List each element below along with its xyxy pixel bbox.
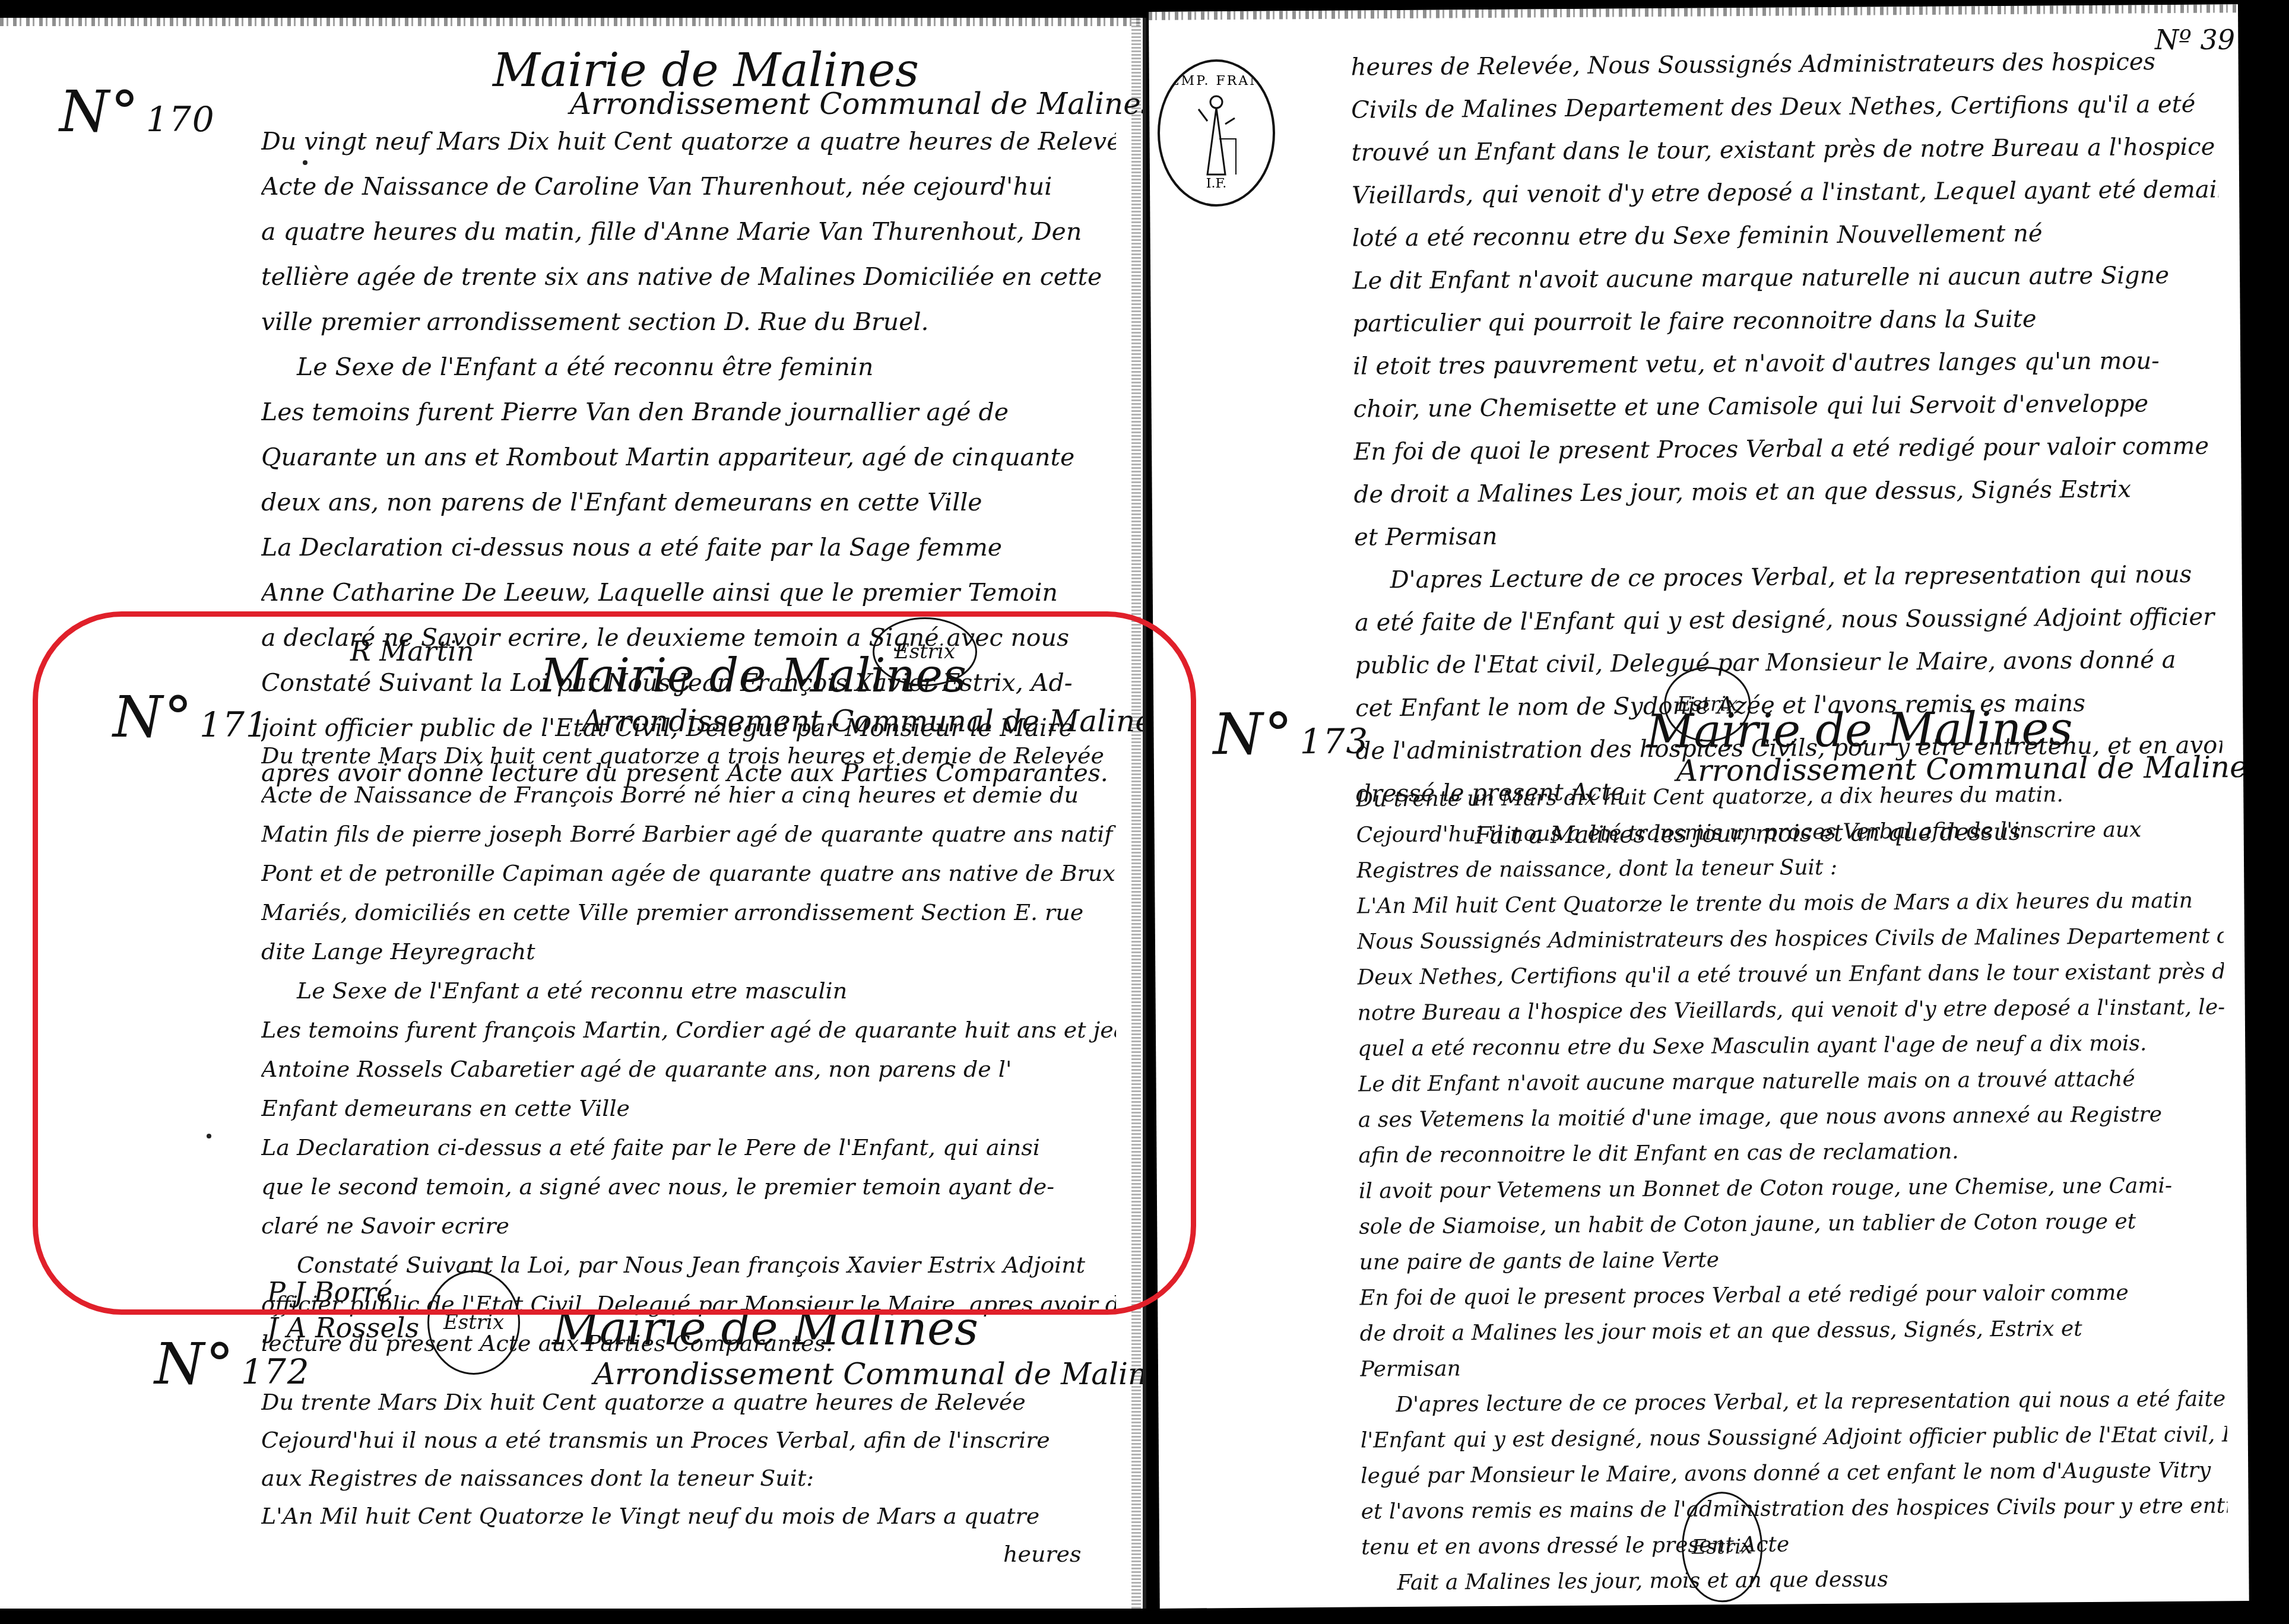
entry-line: La Declaration ci-dessus nous a eté fait… bbox=[261, 525, 1116, 570]
entry-line: public de l'Etat civil, Delegué par Mons… bbox=[1355, 638, 2221, 687]
entry-line: Le Sexe de l'Enfant a été reconnu être f… bbox=[261, 344, 1116, 389]
entry-line: ville premier arrondissement section D. … bbox=[261, 299, 1116, 344]
entry-line: Anne Catharine De Leeuw, Laquelle ainsi … bbox=[261, 570, 1116, 615]
entry-line: L'An Mil huit Cent Quatorze le trente du… bbox=[1356, 883, 2223, 924]
entry-line: Cejourd'hui il nous a eté transmis un Pr… bbox=[261, 1421, 1116, 1459]
estrix-paraph-171: Estrix bbox=[427, 1270, 520, 1375]
stamp-initials: I.F. bbox=[1160, 176, 1273, 191]
entry-line: En foi de quoi le present Proces Verbal … bbox=[1353, 424, 2220, 473]
entry-line: de droit a Malines les jour mois et an q… bbox=[1359, 1310, 2226, 1352]
entry-line: dite Lange Heyregracht bbox=[261, 932, 1116, 971]
entry-172-heading: Mairie de Malines bbox=[552, 1306, 978, 1352]
entry-line: il avoit pour Vetemens un Bonnet de Coto… bbox=[1359, 1168, 2225, 1209]
entry-line: D'apres Lecture de ce proces Verbal, et … bbox=[1354, 553, 2221, 601]
entry-line: quel a eté reconnu etre du Sexe Masculin… bbox=[1358, 1025, 2224, 1067]
entry-line: Deux Nethes, Certifions qu'il a eté trou… bbox=[1357, 954, 2224, 995]
torn-page-edge bbox=[0, 18, 1143, 26]
entry-line: Matin fils de pierre joseph Borré Barbie… bbox=[261, 814, 1116, 854]
entry-number-170: N°170 bbox=[59, 83, 215, 140]
entry-line: tellière agée de trente six ans native d… bbox=[261, 254, 1116, 299]
ink-speck bbox=[207, 1134, 211, 1138]
entry-line: tenu et en avons dressé le present Acte bbox=[1361, 1524, 2228, 1565]
entry-line: Quarante un ans et Rombout Martin appari… bbox=[261, 434, 1116, 480]
entry-line: particulier qui pourroit le faire reconn… bbox=[1352, 296, 2219, 345]
entry-number-173: N°173 bbox=[1213, 705, 1369, 763]
entry-line: D'apres lecture de ce proces Verbal, et … bbox=[1360, 1381, 2227, 1423]
entry-number-171: N°171 bbox=[113, 689, 269, 746]
folio-number: Nº 39 bbox=[2155, 24, 2235, 56]
entry-line: legué par Monsieur le Maire, avons donné… bbox=[1361, 1452, 2227, 1494]
entry-line: Cejourd'hui il nous a eté transmis un pr… bbox=[1356, 811, 2223, 853]
entry-line: sole de Siamoise, un habit de Coton jaun… bbox=[1359, 1203, 2225, 1245]
entry-line: Acte de Naissance de Caroline Van Thuren… bbox=[261, 164, 1116, 209]
entry-line: l'Enfant qui y est designé, nous Soussig… bbox=[1361, 1417, 2227, 1458]
entry-line: afin de reconnoitre le dit Enfant en cas… bbox=[1358, 1132, 2225, 1173]
entry-line: Du trente Mars Dix huit Cent quatorze a … bbox=[261, 1383, 1116, 1421]
entry-line: loté a eté reconnu etre du Sexe feminin … bbox=[1352, 211, 2218, 259]
entry-line: il etoit tres pauvrement vetu, et n'avoi… bbox=[1353, 339, 2220, 388]
entry-line: choir, une Chemisette et une Camisole qu… bbox=[1353, 382, 2220, 430]
entry-line: de droit a Malines Les jour, mois et an … bbox=[1353, 467, 2220, 516]
ink-speck bbox=[303, 160, 307, 165]
entry-line: aux Registres de naissances dont la tene… bbox=[261, 1459, 1116, 1497]
entry-line: Les temoins furent françois Martin, Cord… bbox=[261, 1010, 1116, 1049]
entry-line: Civils de Malines Departement des Deux N… bbox=[1351, 83, 2218, 131]
entry-line: Le Sexe de l'Enfant a eté reconnu etre m… bbox=[261, 971, 1116, 1010]
entry-line: deux ans, non parens de l'Enfant demeura… bbox=[261, 480, 1116, 525]
allegorical-figure-icon bbox=[1196, 91, 1237, 180]
entry-line: notre Bureau a l'hospice des Vieillards,… bbox=[1358, 989, 2224, 1031]
imperial-stamp-seal: EMP. FRAN I.F. bbox=[1158, 59, 1275, 207]
signature-r-martin: R Martin bbox=[350, 635, 474, 667]
entry-line: Le dit Enfant n'avoit aucune marque natu… bbox=[1358, 1061, 2224, 1102]
entry-line: La Declaration ci-dessus a eté faite par… bbox=[261, 1128, 1116, 1167]
left-register-page: N°170 Mairie de Malines Arrondissement C… bbox=[0, 18, 1146, 1609]
entry-line: Mariés, domiciliés en cette Ville premie… bbox=[261, 893, 1116, 932]
entry-171-subheading: Arrondissement Communal de Malines bbox=[582, 706, 1146, 736]
entry-line: une paire de gants de laine Verte bbox=[1359, 1239, 2226, 1280]
entry-171-body: Du trente Mars Dix huit cent quatorze a … bbox=[261, 736, 1116, 1363]
stamp-legend: EMP. FRAN bbox=[1160, 74, 1273, 88]
entry-line: Permisan bbox=[1360, 1346, 2227, 1387]
entry-line: a eté faite de l'Enfant qui y est design… bbox=[1355, 595, 2221, 644]
entry-line: Pont et de petronille Capiman agée de qu… bbox=[261, 854, 1116, 893]
entry-line: heures de Relevée, Nous Soussignés Admin… bbox=[1350, 40, 2217, 88]
entry-173-body: Du trente un Mars dix huit Cent quatorze… bbox=[1356, 776, 2228, 1601]
entry-171-heading: Mairie de Malines bbox=[540, 653, 966, 699]
entry-line: Du trente un Mars dix huit Cent quatorze… bbox=[1356, 776, 2223, 817]
entry-number-prefix: N° bbox=[59, 78, 140, 145]
entry-line: Acte de Naissance de François Borré né h… bbox=[261, 775, 1116, 814]
entry-number-prefix: N° bbox=[154, 1331, 235, 1397]
torn-page-edge bbox=[1149, 4, 2238, 20]
entry-line: et Permisan bbox=[1354, 510, 2221, 559]
entry-number-value: 171 bbox=[199, 705, 269, 745]
entry-line: L'An Mil huit Cent Quatorze le Vingt neu… bbox=[261, 1497, 1116, 1535]
entry-line: a quatre heures du matin, fille d'Anne M… bbox=[261, 209, 1116, 254]
entry-172-body: Du trente Mars Dix huit Cent quatorze a … bbox=[261, 1383, 1116, 1573]
estrix-paraph-173: Estrix bbox=[1681, 1492, 1762, 1603]
entry-number-prefix: N° bbox=[1213, 700, 1294, 767]
entry-line: que le second temoin, a signé avec nous,… bbox=[261, 1167, 1116, 1206]
entry-170-subheading: Arrondissement Communal de Malines bbox=[570, 89, 1146, 119]
signature-pj-borre: P J Borré bbox=[267, 1276, 392, 1308]
entry-line: Le dit Enfant n'avoit aucune marque natu… bbox=[1352, 253, 2219, 302]
entry-line: Les temoins furent Pierre Van den Brande… bbox=[261, 389, 1116, 434]
entry-line: Du trente Mars Dix huit cent quatorze a … bbox=[261, 736, 1116, 775]
entry-number-value: 173 bbox=[1299, 721, 1369, 762]
entry-line: Enfant demeurans en cette Ville bbox=[261, 1089, 1116, 1128]
entry-line: Nous Soussignés Administrateurs des hosp… bbox=[1357, 918, 2224, 960]
entry-line: trouvé un Enfant dans le tour, existant … bbox=[1351, 125, 2218, 174]
entry-line: a ses Vetemens la moitié d'une image, qu… bbox=[1358, 1096, 2225, 1138]
entry-line: En foi de quoi le present proces Verbal … bbox=[1359, 1274, 2226, 1316]
entry-line: claré ne Savoir ecrire bbox=[261, 1206, 1116, 1245]
entry-173-heading: Mairie de Malines bbox=[1646, 706, 2073, 755]
entry-line: Vieillards, qui venoit d'y etre deposé a… bbox=[1352, 168, 2218, 217]
entry-number-value: 170 bbox=[146, 99, 215, 139]
entry-line: Du vingt neuf Mars Dix huit Cent quatorz… bbox=[261, 119, 1116, 164]
entry-line: heures bbox=[261, 1535, 1116, 1573]
entry-line: Registres de naissance, dont la teneur S… bbox=[1356, 847, 2223, 889]
entry-line: Fait a Malines les jour, mois et an que … bbox=[1361, 1559, 2228, 1601]
entry-number-prefix: N° bbox=[113, 684, 194, 750]
right-register-page: heures de Relevée, Nous Soussignés Admin… bbox=[1149, 4, 2249, 1609]
entry-line: et l'avons remis es mains de l'administr… bbox=[1361, 1488, 2227, 1530]
entry-line: Antoine Rossels Cabaretier agé de quaran… bbox=[261, 1049, 1116, 1089]
